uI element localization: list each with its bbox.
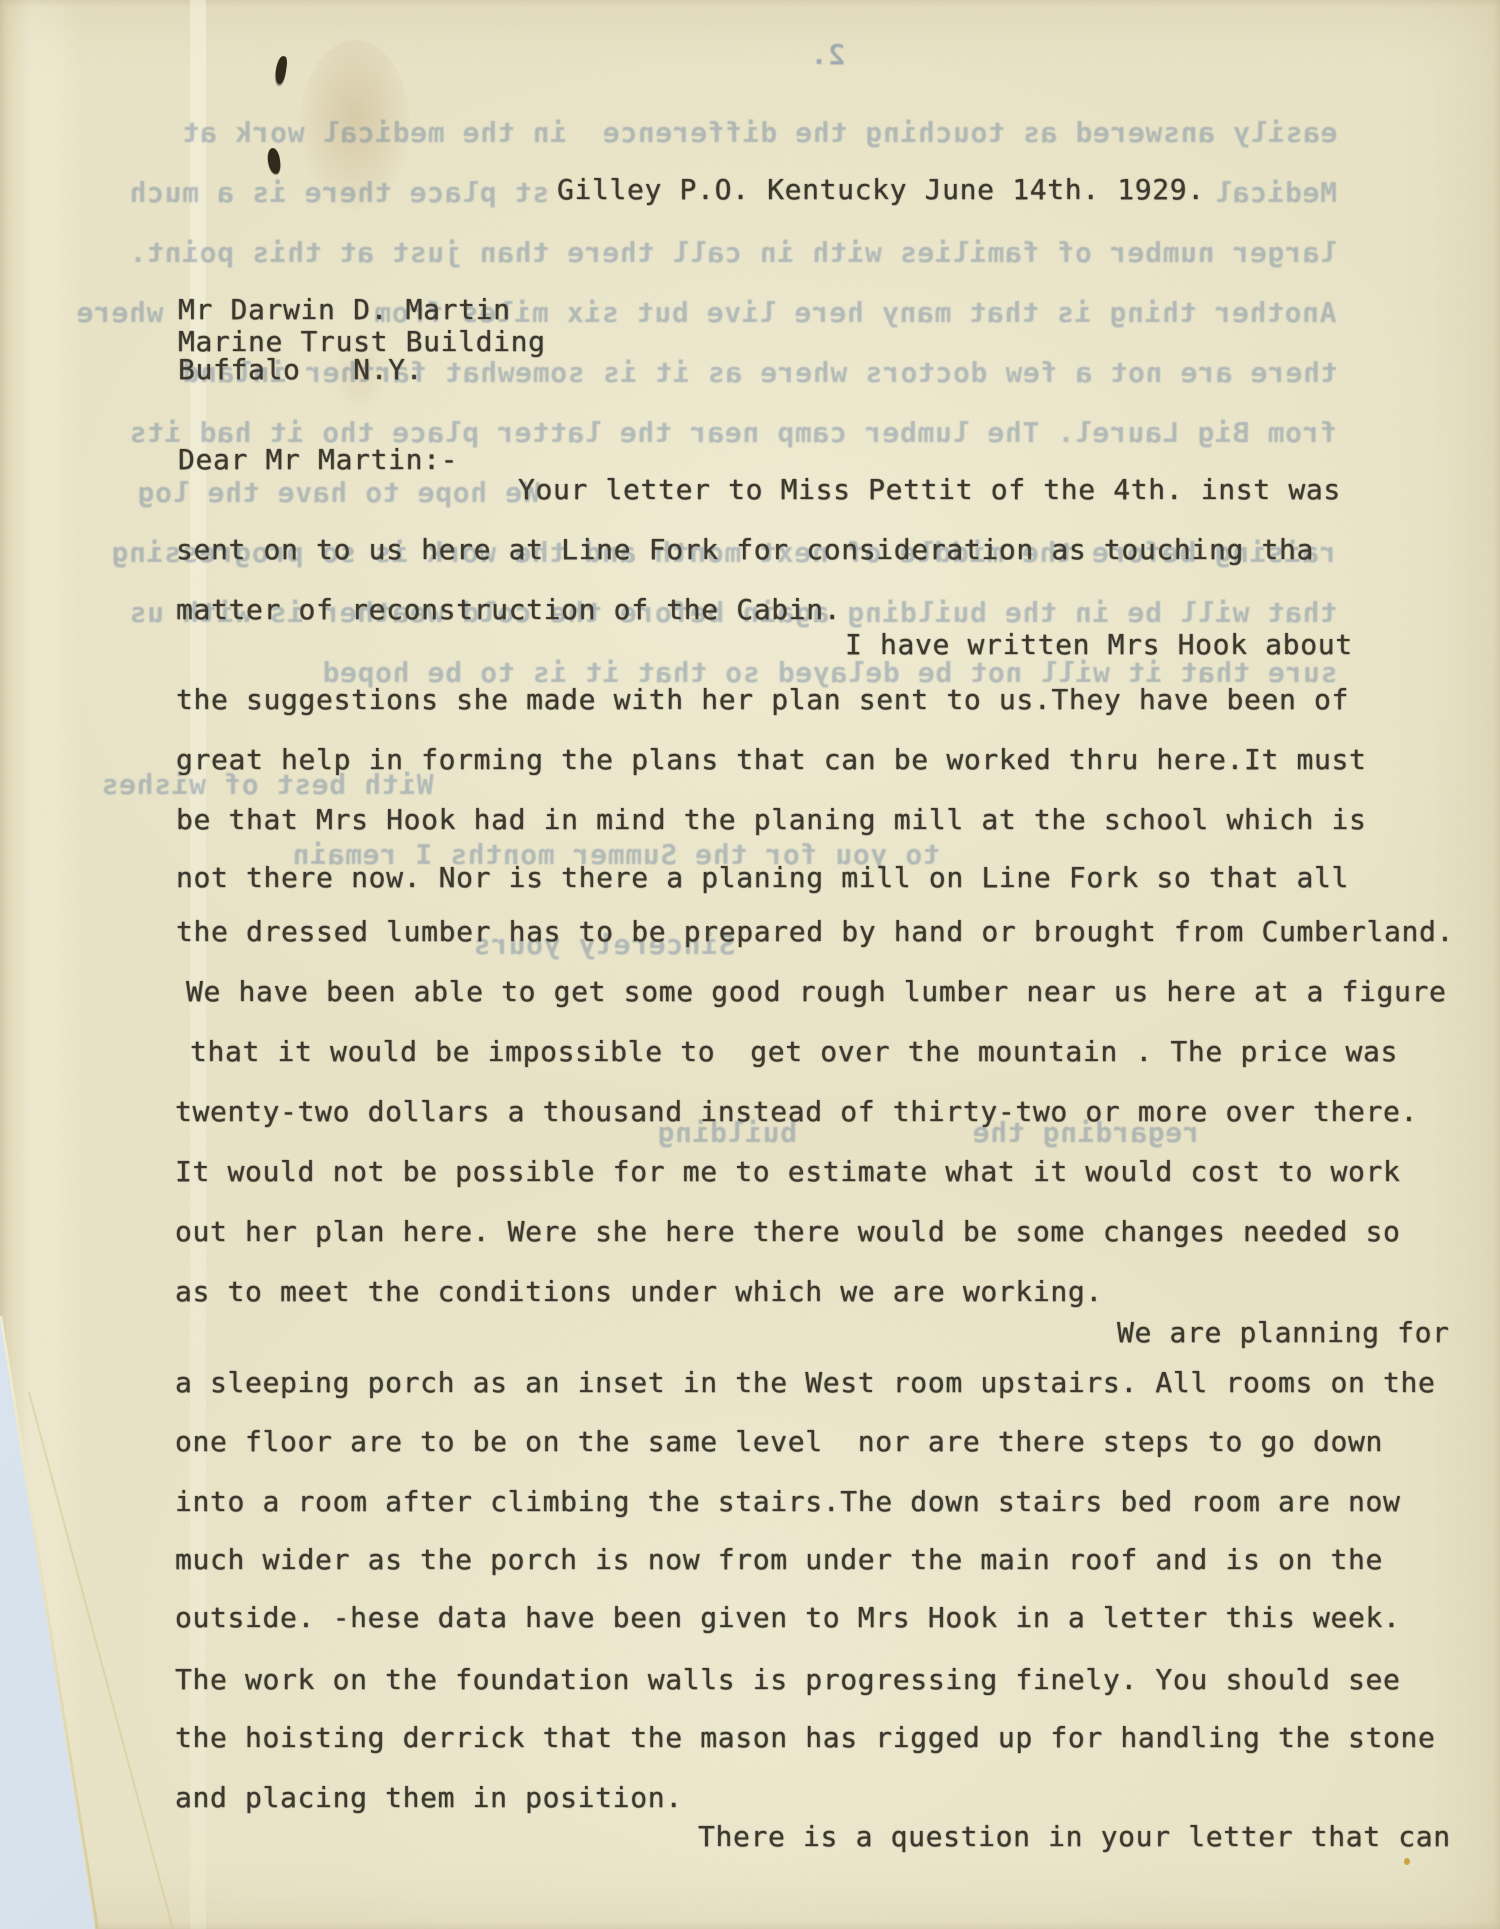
paper-fold-line xyxy=(28,1392,175,1929)
body-line: out her plan here. Were she here there w… xyxy=(175,1217,1401,1247)
body-line: We are planning for xyxy=(1117,1318,1450,1348)
recipient-line: Mr Darwin D. Martin xyxy=(178,295,511,325)
body-line: as to meet the conditions under which we… xyxy=(175,1277,1103,1307)
paper-grain-texture xyxy=(0,0,1500,1929)
paper-light-band xyxy=(190,0,206,1929)
body-line: We have been able to get some good rough… xyxy=(186,977,1447,1007)
body-line: There is a question in your letter that … xyxy=(698,1822,1451,1852)
page-number-bleedthrough: 2. xyxy=(810,40,845,70)
body-line: sent on to us here at Line Fork for cons… xyxy=(176,535,1314,565)
paper-speck xyxy=(1404,1858,1410,1865)
body-line: Your letter to Miss Pettit of the 4th. i… xyxy=(518,475,1341,505)
body-line: be that Mrs Hook had in mind the planing… xyxy=(176,805,1367,835)
body-line: and placing them in position. xyxy=(175,1783,683,1813)
body-line: the hoisting derrick that the mason has … xyxy=(175,1723,1436,1753)
paper-tear-edge xyxy=(0,1316,100,1929)
body-line: matter of reconstruction of the Cabin. xyxy=(176,595,841,625)
body-line: not there now. Nor is there a planing mi… xyxy=(176,863,1349,893)
recipient-line: Buffalo N.Y. xyxy=(178,355,423,385)
body-line: outside. -hese data have been given to M… xyxy=(175,1603,1401,1633)
body-line: into a room after climbing the stairs.Th… xyxy=(175,1487,1401,1517)
body-line: that it would be impossible to get over … xyxy=(190,1037,1398,1067)
ghost-line: easily answered as touching the differen… xyxy=(182,118,1338,148)
body-line: twenty-two dollars a thousand instead of… xyxy=(175,1097,1418,1127)
body-line: the suggestions she made with her plan s… xyxy=(176,685,1349,715)
body-line: I have written Mrs Hook about xyxy=(845,630,1353,660)
body-line: one floor are to be on the same level no… xyxy=(175,1427,1383,1457)
ink-blot xyxy=(274,55,288,84)
body-line: much wider as the porch is now from unde… xyxy=(175,1545,1383,1575)
body-line: It would not be possible for me to estim… xyxy=(175,1157,1401,1187)
body-line: a sleeping porch as an inset in the West… xyxy=(175,1368,1436,1398)
body-line: The work on the foundation walls is prog… xyxy=(175,1665,1401,1695)
salutation: Dear Mr Martin:- xyxy=(178,445,458,475)
body-line: the dressed lumber has to be prepared by… xyxy=(176,917,1454,947)
ink-blot xyxy=(267,147,282,174)
body-line: great help in forming the plans that can… xyxy=(176,745,1367,775)
dateline: Gilley P.O. Kentucky June 14th. 1929. xyxy=(557,175,1205,205)
ghost-line: larger number of families with in call t… xyxy=(129,238,1337,268)
ghost-line: We hope to have the log xyxy=(137,478,540,508)
letter-page: easily answered as touching the differen… xyxy=(0,0,1500,1929)
